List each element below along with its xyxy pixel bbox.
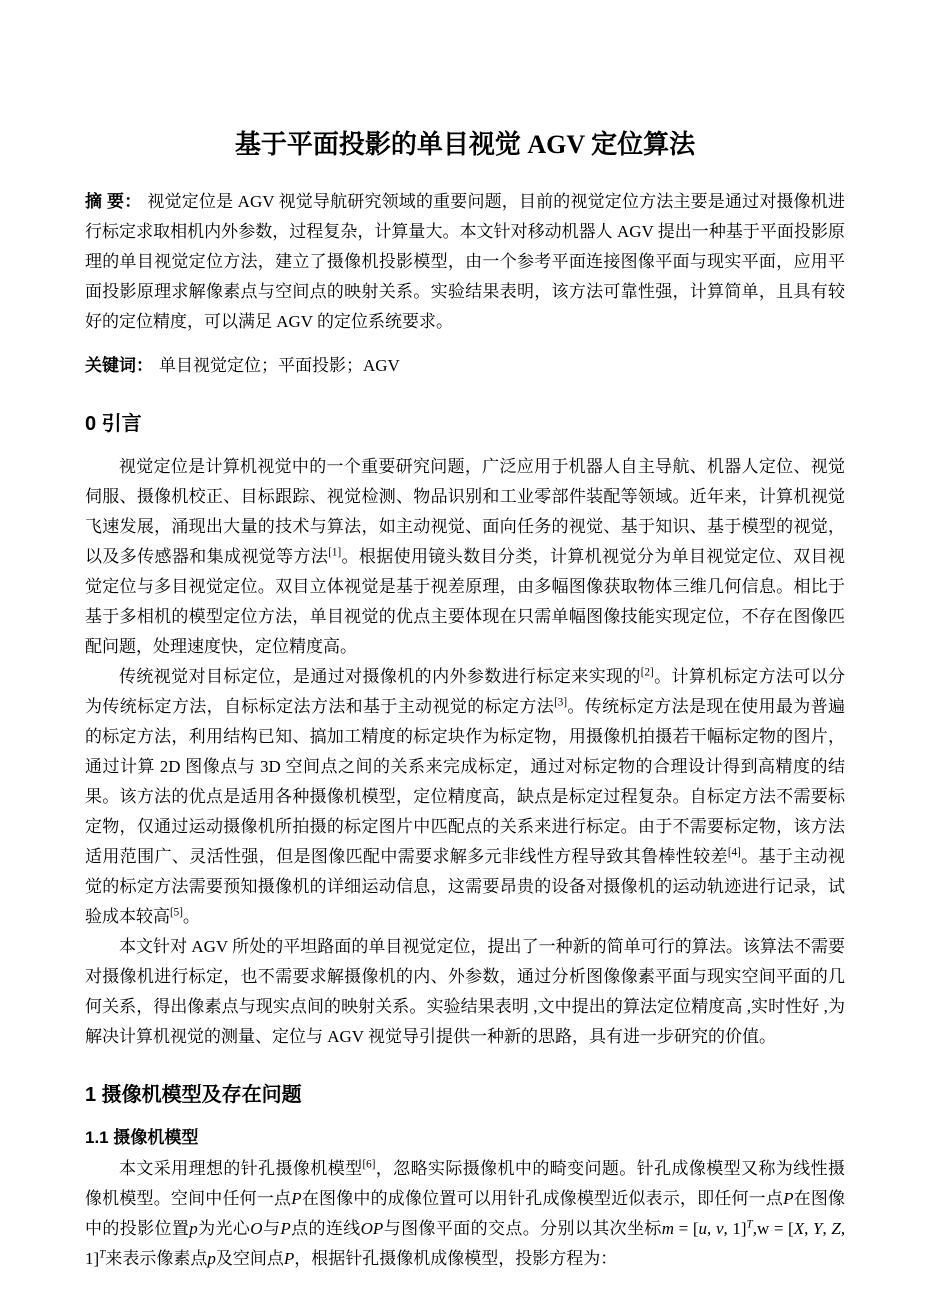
keywords-text: 单目视觉定位；平面投影；AGV <box>159 356 400 375</box>
document-page: 基于平面投影的单目视觉 AGV 定位算法 摘 要：视觉定位是 AGV 视觉导航研… <box>0 0 926 1309</box>
abstract-text: 视觉定位是 AGV 视觉导航研究领域的重要问题，目前的视觉定位方法主要是通过对摄… <box>85 192 845 331</box>
abstract-label: 摘 要： <box>85 192 141 211</box>
keywords-label: 关键词： <box>85 356 153 375</box>
section-0-paragraph-3: 本文针对 AGV 所处的平坦路面的单目视觉定位，提出了一种新的简单可行的算法。该… <box>85 932 845 1052</box>
page-title: 基于平面投影的单目视觉 AGV 定位算法 <box>85 124 845 161</box>
section-0-paragraph-1: 视觉定位是计算机视觉中的一个重要研究问题，广泛应用于机器人自主导航、机器人定位、… <box>85 452 845 662</box>
section-0-paragraph-2: 传统视觉对目标定位，是通过对摄像机的内外参数进行标定来实现的[2]。计算机标定方… <box>85 662 845 932</box>
section-0-heading: 0 引言 <box>85 407 845 436</box>
keywords-line: 关键词：单目视觉定位；平面投影；AGV <box>85 351 845 381</box>
section-1-heading: 1 摄像机模型及存在问题 <box>85 1078 845 1107</box>
section-1-1-paragraph-1: 本文采用理想的针孔摄像机模型[6]，忽略实际摄像机中的畸变问题。针孔成像模型又称… <box>85 1154 845 1274</box>
abstract-paragraph: 摘 要：视觉定位是 AGV 视觉导航研究领域的重要问题，目前的视觉定位方法主要是… <box>85 187 845 337</box>
section-1-1-heading: 1.1 摄像机模型 <box>85 1123 845 1148</box>
